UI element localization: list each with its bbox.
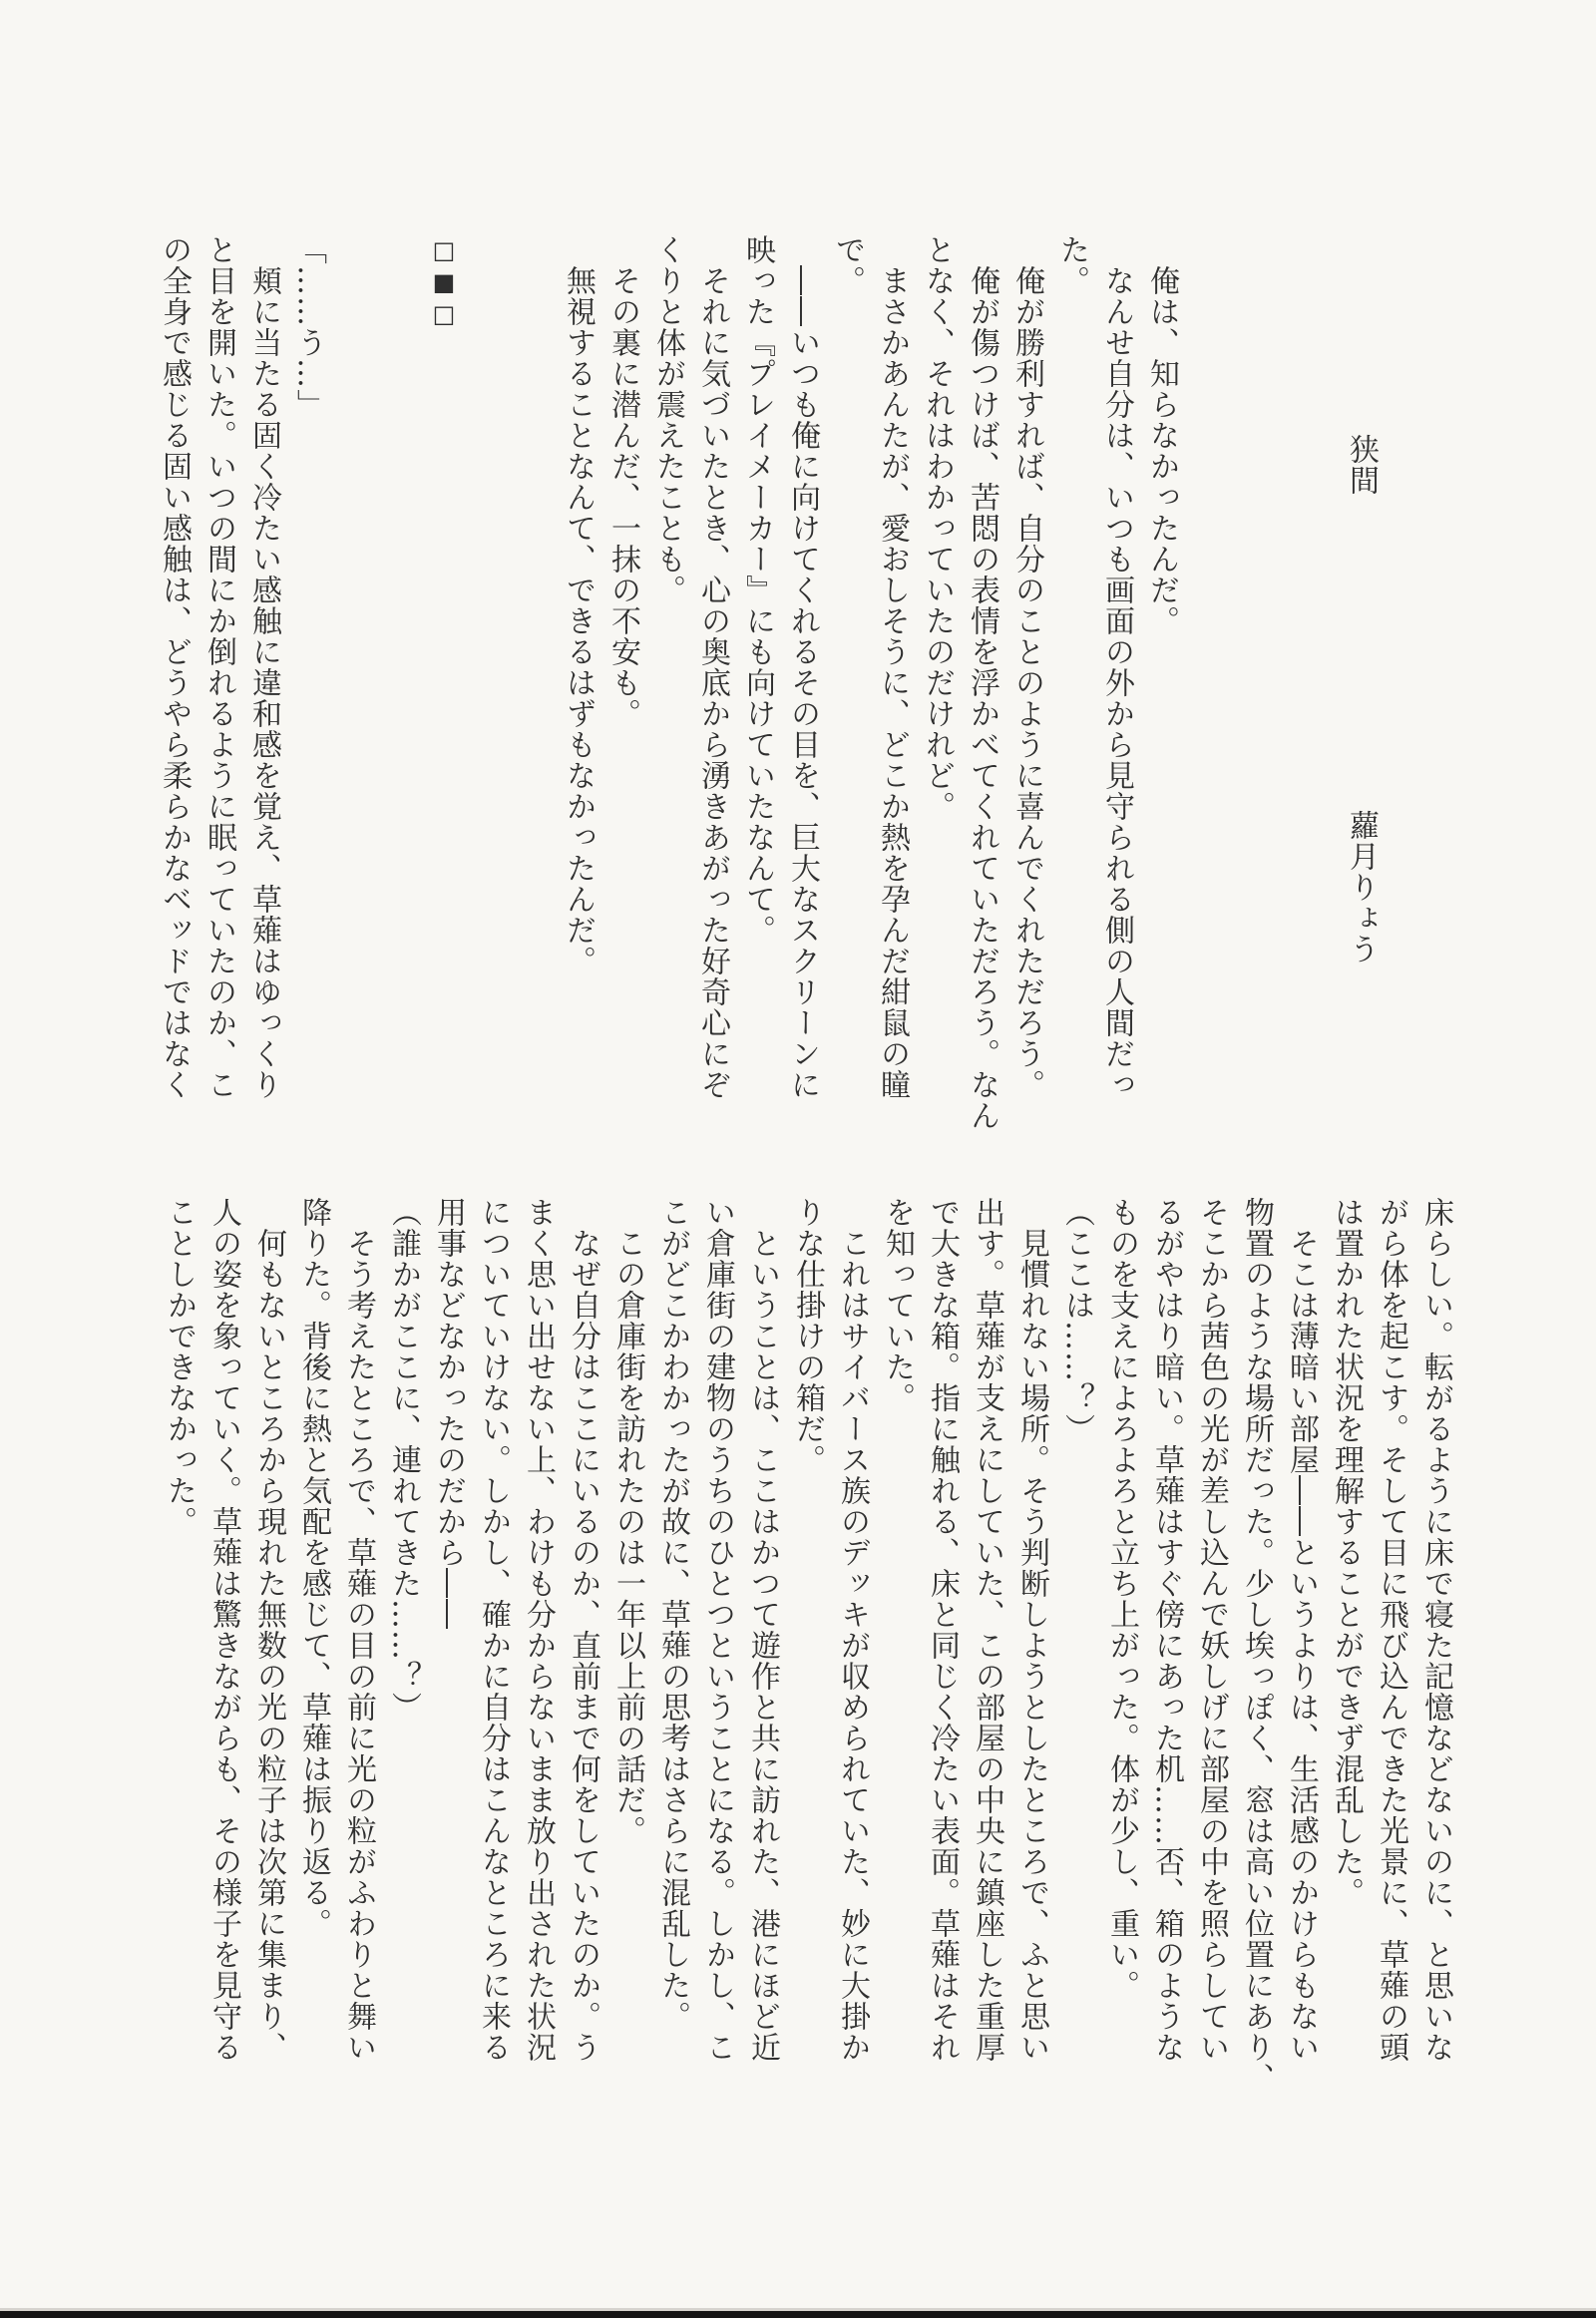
- text-line: 映った『プレイメーカー』にも向けていたなんて。: [735, 234, 780, 1132]
- text-line: まさかあんたが、愛おしそうに、どこか熱を孕んだ紺鼠の瞳: [870, 234, 915, 1132]
- text-line: るがやはり暗い。草薙はすぐ傍にあった机……否、箱のような: [1144, 1197, 1189, 2125]
- blank-column: [511, 234, 556, 1132]
- text-line: 頬に当たる固く冷たい感触に違和感を覚え、草薙はゆっくり: [241, 234, 286, 1132]
- text-line: 出す。草薙が支えにしていた、この部屋の中央に鎮座した重厚: [965, 1197, 1009, 2125]
- text-line: そこは薄暗い部屋――というよりは、生活感のかけらもない: [1279, 1197, 1324, 2125]
- text-line: 見慣れない場所。そう判断しようとしたところで、ふと思い: [1009, 1197, 1054, 2125]
- text-line: まく思い出せない上、わけも分からないまま放り出された状況: [516, 1197, 561, 2125]
- text-line: がら体を起こす。そして目に飛び込んできた光景に、草薙の頭: [1369, 1197, 1413, 2125]
- text-line: そう考えたところで、草薙の目の前に光の粒がふわりと舞い: [336, 1197, 381, 2125]
- text-line: についていけない。しかし、確かに自分はこんなところに来る: [471, 1197, 516, 2125]
- text-line: 人の姿を象っていく。草薙は驚きながらも、その様子を見守る: [201, 1197, 246, 2125]
- text-line: なんせ自分は、いつも画面の外から見守られる側の人間だっ: [1094, 234, 1139, 1132]
- text-line: 無視することなんて、できるはずもなかったんだ。: [556, 234, 600, 1132]
- blank-column: [376, 234, 421, 1132]
- text-line: これはサイバース族のデッキが収められていた、妙に大掛か: [830, 1197, 875, 2125]
- text-line: 俺は、知らなかったんだ。: [1139, 234, 1184, 1132]
- text-line: なぜ自分はここにいるのか、直前まで何をしていたのか。う: [561, 1197, 605, 2125]
- scanned-novel-page: 狭間 蘿月りょう 俺は、知らなかったんだ。なんせ自分は、いつも画面の外から見守ら…: [0, 0, 1596, 2318]
- text-line: 物置のような場所だった。少し埃っぽく、窓は高い位置にあり、: [1234, 1197, 1279, 2125]
- text-line: ということは、ここはかつて遊作と共に訪れた、港にほど近: [740, 1197, 785, 2125]
- text-line: この倉庫街を訪れたのは一年以上前の話だ。: [605, 1197, 650, 2125]
- text-line: こがどこかわかったが故に、草薙の思考はさらに混乱した。: [650, 1197, 695, 2125]
- text-line: りな仕掛けの箱だ。: [785, 1197, 830, 2125]
- text-line: 何もないところから現れた無数の光の粒子は次第に集まり、: [246, 1197, 291, 2125]
- bottom-text-block: 床らしい。転がるように床で寝た記憶などないのに、と思いながら体を起こす。そして目…: [157, 1197, 1458, 2125]
- text-line: で大きな箱。指に触れる、床と同じく冷たい表面。草薙はそれ: [920, 1197, 965, 2125]
- text-line: ものを支えによろよろと立ち上がった。体が少し、重い。: [1099, 1197, 1144, 2125]
- text-line: 降りた。背後に熱と気配を感じて、草薙は振り返る。: [291, 1197, 336, 2125]
- top-text-block: 俺は、知らなかったんだ。なんせ自分は、いつも画面の外から見守られる側の人間だった…: [152, 234, 1184, 1132]
- text-line: ことしかできなかった。: [157, 1197, 201, 2125]
- text-line: （誰かがここに、連れてきた……？）: [381, 1197, 426, 2125]
- scan-bottom-edge: [0, 2311, 1596, 2318]
- text-line: その裏に潜んだ、一抹の不安も。: [600, 234, 645, 1132]
- text-line: それに気づいたとき、心の奥底から湧きあがった好奇心にぞ: [690, 234, 735, 1132]
- text-line: そこから茜色の光が差し込んで妖しげに部屋の中を照らしてい: [1189, 1197, 1234, 2125]
- story-author: 蘿月りょう: [1339, 810, 1384, 965]
- section-divider: □■□: [421, 234, 466, 1132]
- text-line: で。: [825, 234, 870, 1132]
- text-line: の全身で感じる固い感触は、どうやら柔らかなベッドではなく: [152, 234, 197, 1132]
- text-line: た。: [1049, 234, 1094, 1132]
- story-title: 狭間: [1339, 434, 1384, 496]
- text-line: 「……う…」: [286, 234, 331, 1132]
- text-line: を知っていた。: [875, 1197, 920, 2125]
- text-line: 用事などなかったのだから――: [426, 1197, 471, 2125]
- text-line: 俺が勝利すれば、自分のことのように喜んでくれただろう。: [1004, 234, 1049, 1132]
- text-line: と目を開いた。いつの間にか倒れるように眠っていたのか、こ: [197, 234, 241, 1132]
- text-line: （ここは……？）: [1054, 1197, 1099, 2125]
- text-line: は置かれた状況を理解することができず混乱した。: [1324, 1197, 1369, 2125]
- text-line: い倉庫街の建物のうちのひとつということになる。しかし、こ: [695, 1197, 740, 2125]
- text-line: 俺が傷つけば、苦悶の表情を浮かべてくれていただろう。なん: [960, 234, 1004, 1132]
- text-line: となく、それはわかっていたのだけれど。: [915, 234, 960, 1132]
- blank-column: [331, 234, 376, 1132]
- blank-column: [466, 234, 511, 1132]
- text-line: 床らしい。転がるように床で寝た記憶などないのに、と思いな: [1413, 1197, 1458, 2125]
- text-line: くりと体が震えたことも。: [645, 234, 690, 1132]
- text-line: ――いつも俺に向けてくれるその目を、巨大なスクリーンに: [780, 234, 825, 1132]
